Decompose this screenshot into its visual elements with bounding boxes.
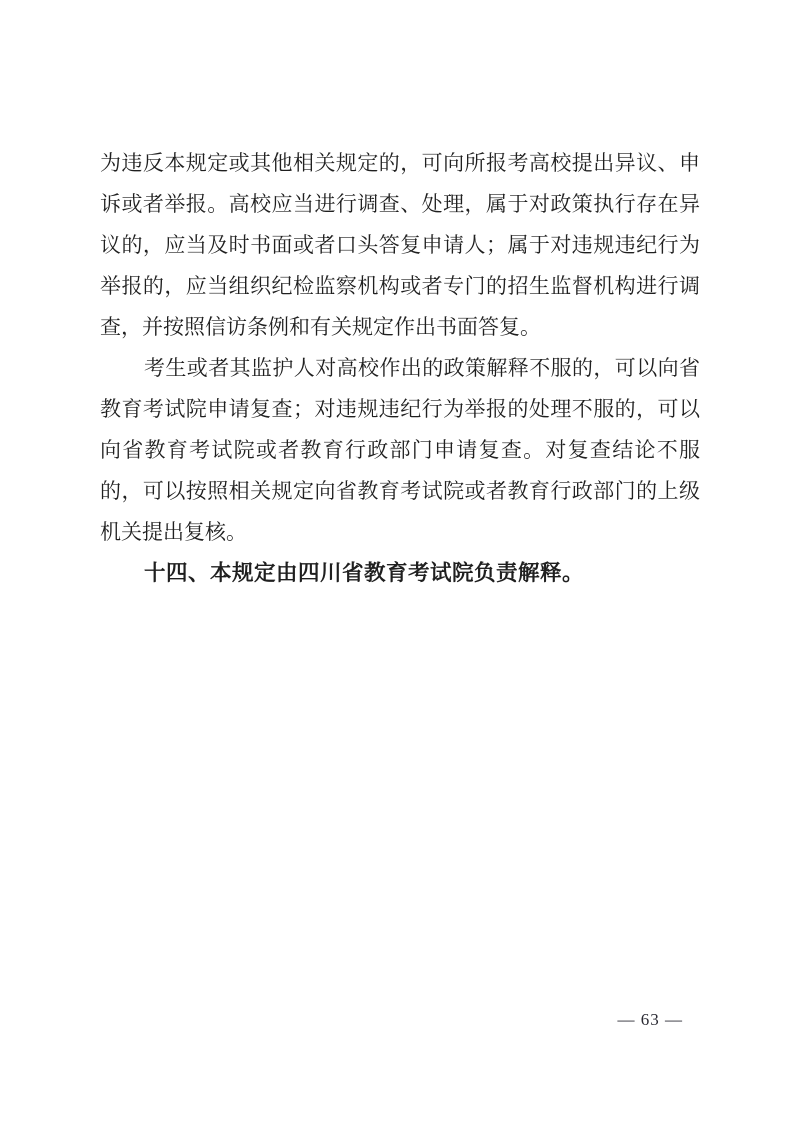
- text-line: 查，并按照信访条例和有关规定作出书面答复。: [100, 307, 700, 348]
- page-number: — 63 —: [618, 1010, 684, 1030]
- text-line: 诉或者举报。高校应当进行调查、处理，属于对政策执行存在异: [100, 184, 700, 225]
- document-page: 为违反本规定或其他相关规定的，可向所报考高校提出异议、申 诉或者举报。高校应当进…: [0, 0, 800, 1131]
- text-line: 向省教育考试院或者教育行政部门申请复查。对复查结论不服: [100, 430, 700, 471]
- text-line: 考生或者其监护人对高校作出的政策解释不服的，可以向省: [100, 348, 700, 389]
- text-line: 教育考试院申请复查；对违规违纪行为举报的处理不服的，可以: [100, 389, 700, 430]
- text-line: 举报的，应当组织纪检监察机构或者专门的招生监督机构进行调: [100, 266, 700, 307]
- text-line: 为违反本规定或其他相关规定的，可向所报考高校提出异议、申: [100, 143, 700, 184]
- paragraph-1: 为违反本规定或其他相关规定的，可向所报考高校提出异议、申 诉或者举报。高校应当进…: [100, 143, 700, 348]
- text-line: 的，可以按照相关规定向省教育考试院或者教育行政部门的上级: [100, 471, 700, 512]
- section-heading: 十四、本规定由四川省教育考试院负责解释。: [100, 553, 700, 594]
- paragraph-2: 考生或者其监护人对高校作出的政策解释不服的，可以向省 教育考试院申请复查；对违规…: [100, 348, 700, 553]
- text-line: 机关提出复核。: [100, 512, 700, 553]
- text-block: 为违反本规定或其他相关规定的，可向所报考高校提出异议、申 诉或者举报。高校应当进…: [100, 143, 700, 594]
- text-line: 议的，应当及时书面或者口头答复申请人；属于对违规违纪行为: [100, 225, 700, 266]
